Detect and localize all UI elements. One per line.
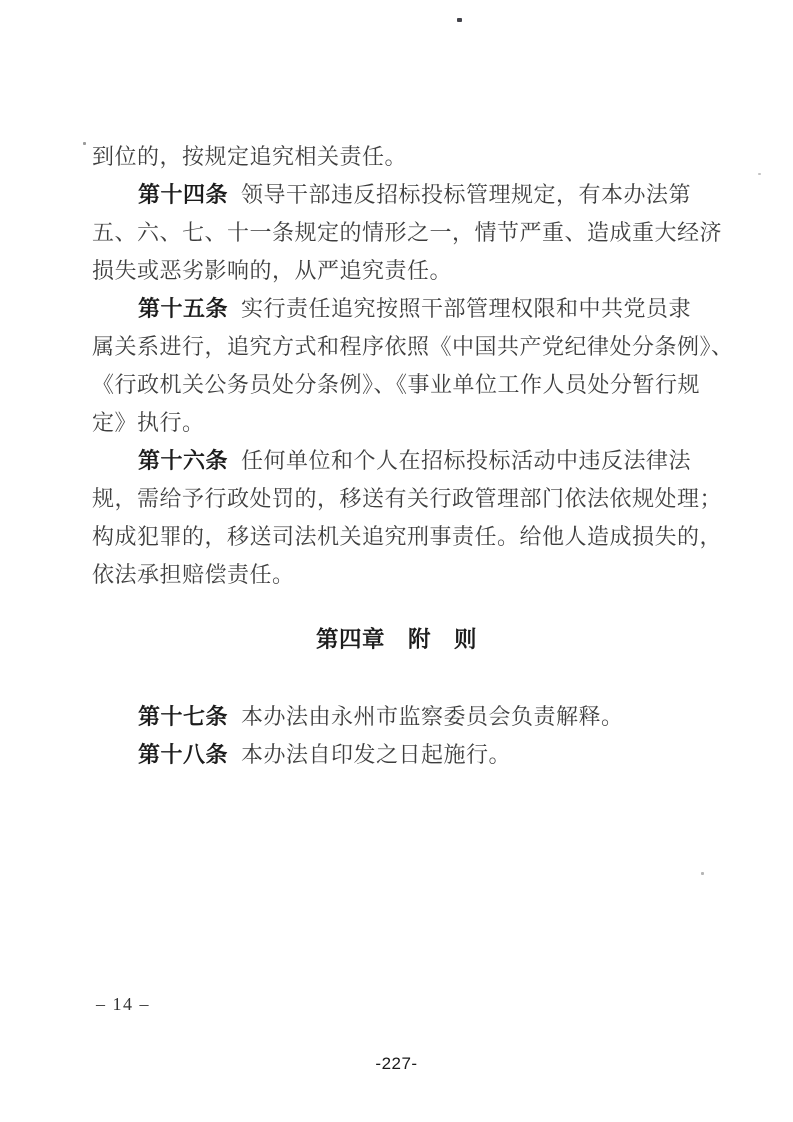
text-line: 第十七条本办法由永州市监察委员会负责解释。 [92,698,732,736]
scan-speck [83,142,86,145]
line-text: 本办法自印发之日起施行。 [241,742,511,767]
line-text: 属关系进行，追究方式和程序依照《中国共产党纪律处分条例》、 [92,334,734,359]
line-text: 任何单位和个人在招标投标活动中违反法律法 [241,448,691,473]
line-text: 《行政机关公务员处分条例》、《事业单位工作人员处分暂行规 [92,372,700,397]
line-text: 五、六、七、十一条规定的情形之一，情节严重、造成重大经济 [92,220,722,245]
scan-speck [701,872,704,875]
text-line: 五、六、七、十一条规定的情形之一，情节严重、造成重大经济 [92,214,732,252]
text-line: 规，需给予行政处罚的，移送有关行政管理部门依法依规处理； [92,480,732,518]
body-text: 到位的，按规定追究相关责任。 第十四条领导干部违反招标投标管理规定，有本办法第 … [92,138,732,594]
article-term: 第十六条 [138,448,228,473]
text-line: 属关系进行，追究方式和程序依照《中国共产党纪律处分条例》、 [92,328,732,366]
chapter-heading: 第四章 附 则 [0,621,793,659]
article-term: 第十八条 [138,742,228,767]
document-page: 到位的，按规定追究相关责任。 第十四条领导干部违反招标投标管理规定，有本办法第 … [0,0,793,1122]
article-term: 第十七条 [138,704,228,729]
line-text: 依法承担赔偿责任。 [92,562,295,587]
text-line: 第十四条领导干部违反招标投标管理规定，有本办法第 [92,176,732,214]
text-line: 《行政机关公务员处分条例》、《事业单位工作人员处分暂行规 [92,366,732,404]
line-text: 领导干部违反招标投标管理规定，有本办法第 [241,182,691,207]
article-term: 第十五条 [138,296,228,321]
text-line: 依法承担赔偿责任。 [92,556,732,594]
line-text: 构成犯罪的，移送司法机关追究刑事责任。给他人造成损失的， [92,524,722,549]
article-term: 第十四条 [138,182,228,207]
scan-speck [758,173,761,175]
text-line: 到位的，按规定追究相关责任。 [92,138,732,176]
text-line: 第十六条任何单位和个人在招标投标活动中违反法律法 [92,442,732,480]
line-text: 损失或恶劣影响的，从严追究责任。 [92,258,452,283]
line-text: 实行责任追究按照干部管理权限和中共党员隶 [241,296,691,321]
scan-speck [457,18,462,22]
line-text: 定》执行。 [92,410,205,435]
line-text: 本办法由永州市监察委员会负责解释。 [241,704,624,729]
text-line: 定》执行。 [92,404,732,442]
closing-articles: 第十七条本办法由永州市监察委员会负责解释。 第十八条本办法自印发之日起施行。 [92,698,732,774]
line-text: 规，需给予行政处罚的，移送有关行政管理部门依法依规处理； [92,486,722,511]
line-text: 到位的，按规定追究相关责任。 [92,144,407,169]
page-number-center: -227- [0,1054,793,1074]
text-line: 第十八条本办法自印发之日起施行。 [92,736,732,774]
text-line: 损失或恶劣影响的，从严追究责任。 [92,252,732,290]
page-number-left: – 14 – [96,994,150,1015]
text-line: 第十五条实行责任追究按照干部管理权限和中共党员隶 [92,290,732,328]
text-line: 构成犯罪的，移送司法机关追究刑事责任。给他人造成损失的， [92,518,732,556]
